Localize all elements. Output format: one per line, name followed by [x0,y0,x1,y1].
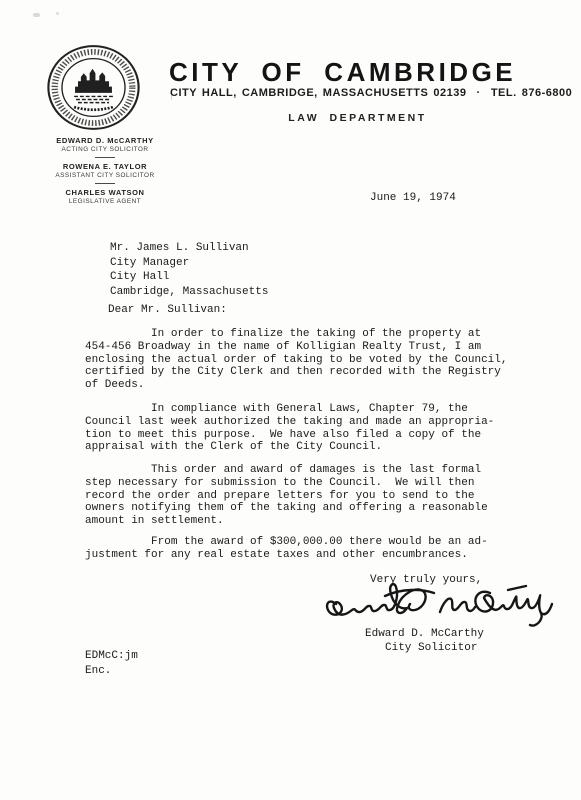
staff-entry: EDWARD D. McCARTHY ACTING CITY SOLICITOR [38,136,172,154]
signed-title: City Solicitor [385,642,477,655]
letterhead-staff-list: EDWARD D. McCARTHY ACTING CITY SOLICITOR… [38,136,172,206]
signed-name: Edward D. McCarthy [365,628,484,641]
scan-speck [33,13,40,17]
salutation: Dear Mr. Sullivan: [108,304,227,317]
staff-title: ASSISTANT CITY SOLICITOR [38,172,172,180]
letterhead-address-line: CITY HALL, CAMBRIDGE, MASSACHUSETTS 0213… [170,87,572,99]
letterhead-title: CITY OF CAMBRIDGE [169,59,516,85]
staff-divider [95,157,115,158]
staff-title: ACTING CITY SOLICITOR [38,146,172,154]
paragraph-3: This order and award of damages is the l… [85,464,488,528]
scanned-letter-page: CITY OF CAMBRIDGE CITY HALL, CAMBRIDGE, … [0,0,581,800]
scan-speck [56,12,59,15]
staff-name: CHARLES WATSON [38,188,172,198]
letter-date: June 19, 1974 [370,192,456,205]
staff-entry: CHARLES WATSON LEGISLATIVE AGENT [38,188,172,206]
staff-name: EDWARD D. McCARTHY [38,136,172,146]
staff-title: LEGISLATIVE AGENT [38,198,172,206]
paragraph-2: In compliance with General Laws, Chapter… [85,403,494,454]
paragraph-4: From the award of $300,000.00 there woul… [85,536,488,562]
seal-water-lines [74,96,113,102]
seal-banner [74,107,113,110]
paragraph-1: In order to finalize the taking of the p… [85,328,507,392]
city-of-cambridge-seal-icon [45,43,142,132]
letterhead-department: LAW DEPARTMENT [170,112,545,124]
staff-divider [95,183,115,184]
staff-entry: ROWENA E. TAYLOR ASSISTANT CITY SOLICITO… [38,162,172,180]
seal-skyline [75,69,112,93]
staff-name: ROWENA E. TAYLOR [38,162,172,172]
handwritten-signature [322,576,554,634]
reference-initials: EDMcC:jm [85,650,138,663]
enclosure-note: Enc. [85,665,111,678]
recipient-address: Mr. James L. Sullivan City Manager City … [110,241,268,299]
